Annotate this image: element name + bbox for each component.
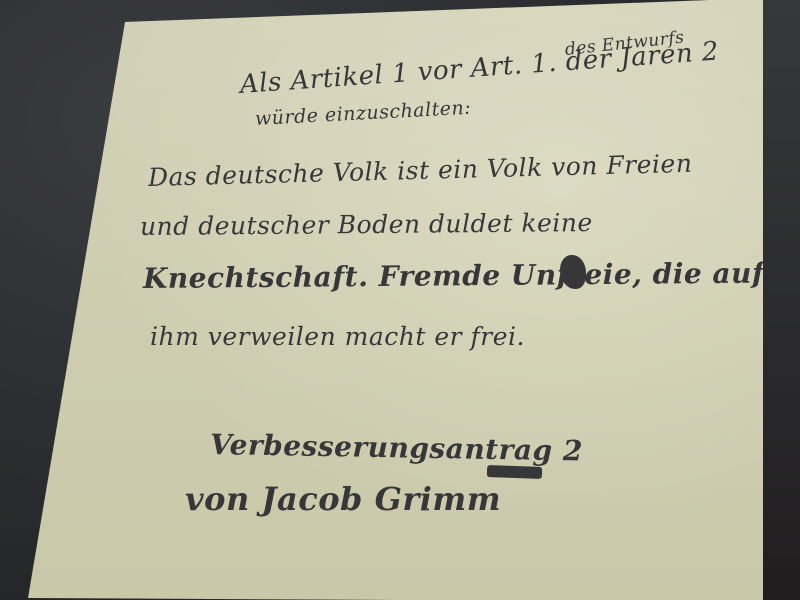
body-line-1: Das deutsche Volk ist ein Volk von Freie… bbox=[148, 149, 693, 192]
ink-strike-mark bbox=[487, 465, 542, 479]
manuscript-paper: Als Artikel 1 vor Art. 1. der Jaren 2 de… bbox=[0, 0, 800, 600]
body-line-4: ihm verweilen macht er frei. bbox=[150, 322, 525, 351]
heading-line-insert: würde einzuschalten: bbox=[254, 97, 471, 130]
body-line-3: Knechtschaft. Fremde Unfreie, die auf bbox=[143, 257, 765, 295]
body-line-2: und deutscher Boden duldet keine bbox=[140, 208, 593, 241]
ink-blot bbox=[560, 255, 586, 289]
signature: von Jacob Grimm bbox=[185, 480, 501, 518]
dark-backdrop-right bbox=[762, 0, 800, 600]
amendment-title: Verbesserungsantrag 2 bbox=[210, 428, 583, 468]
